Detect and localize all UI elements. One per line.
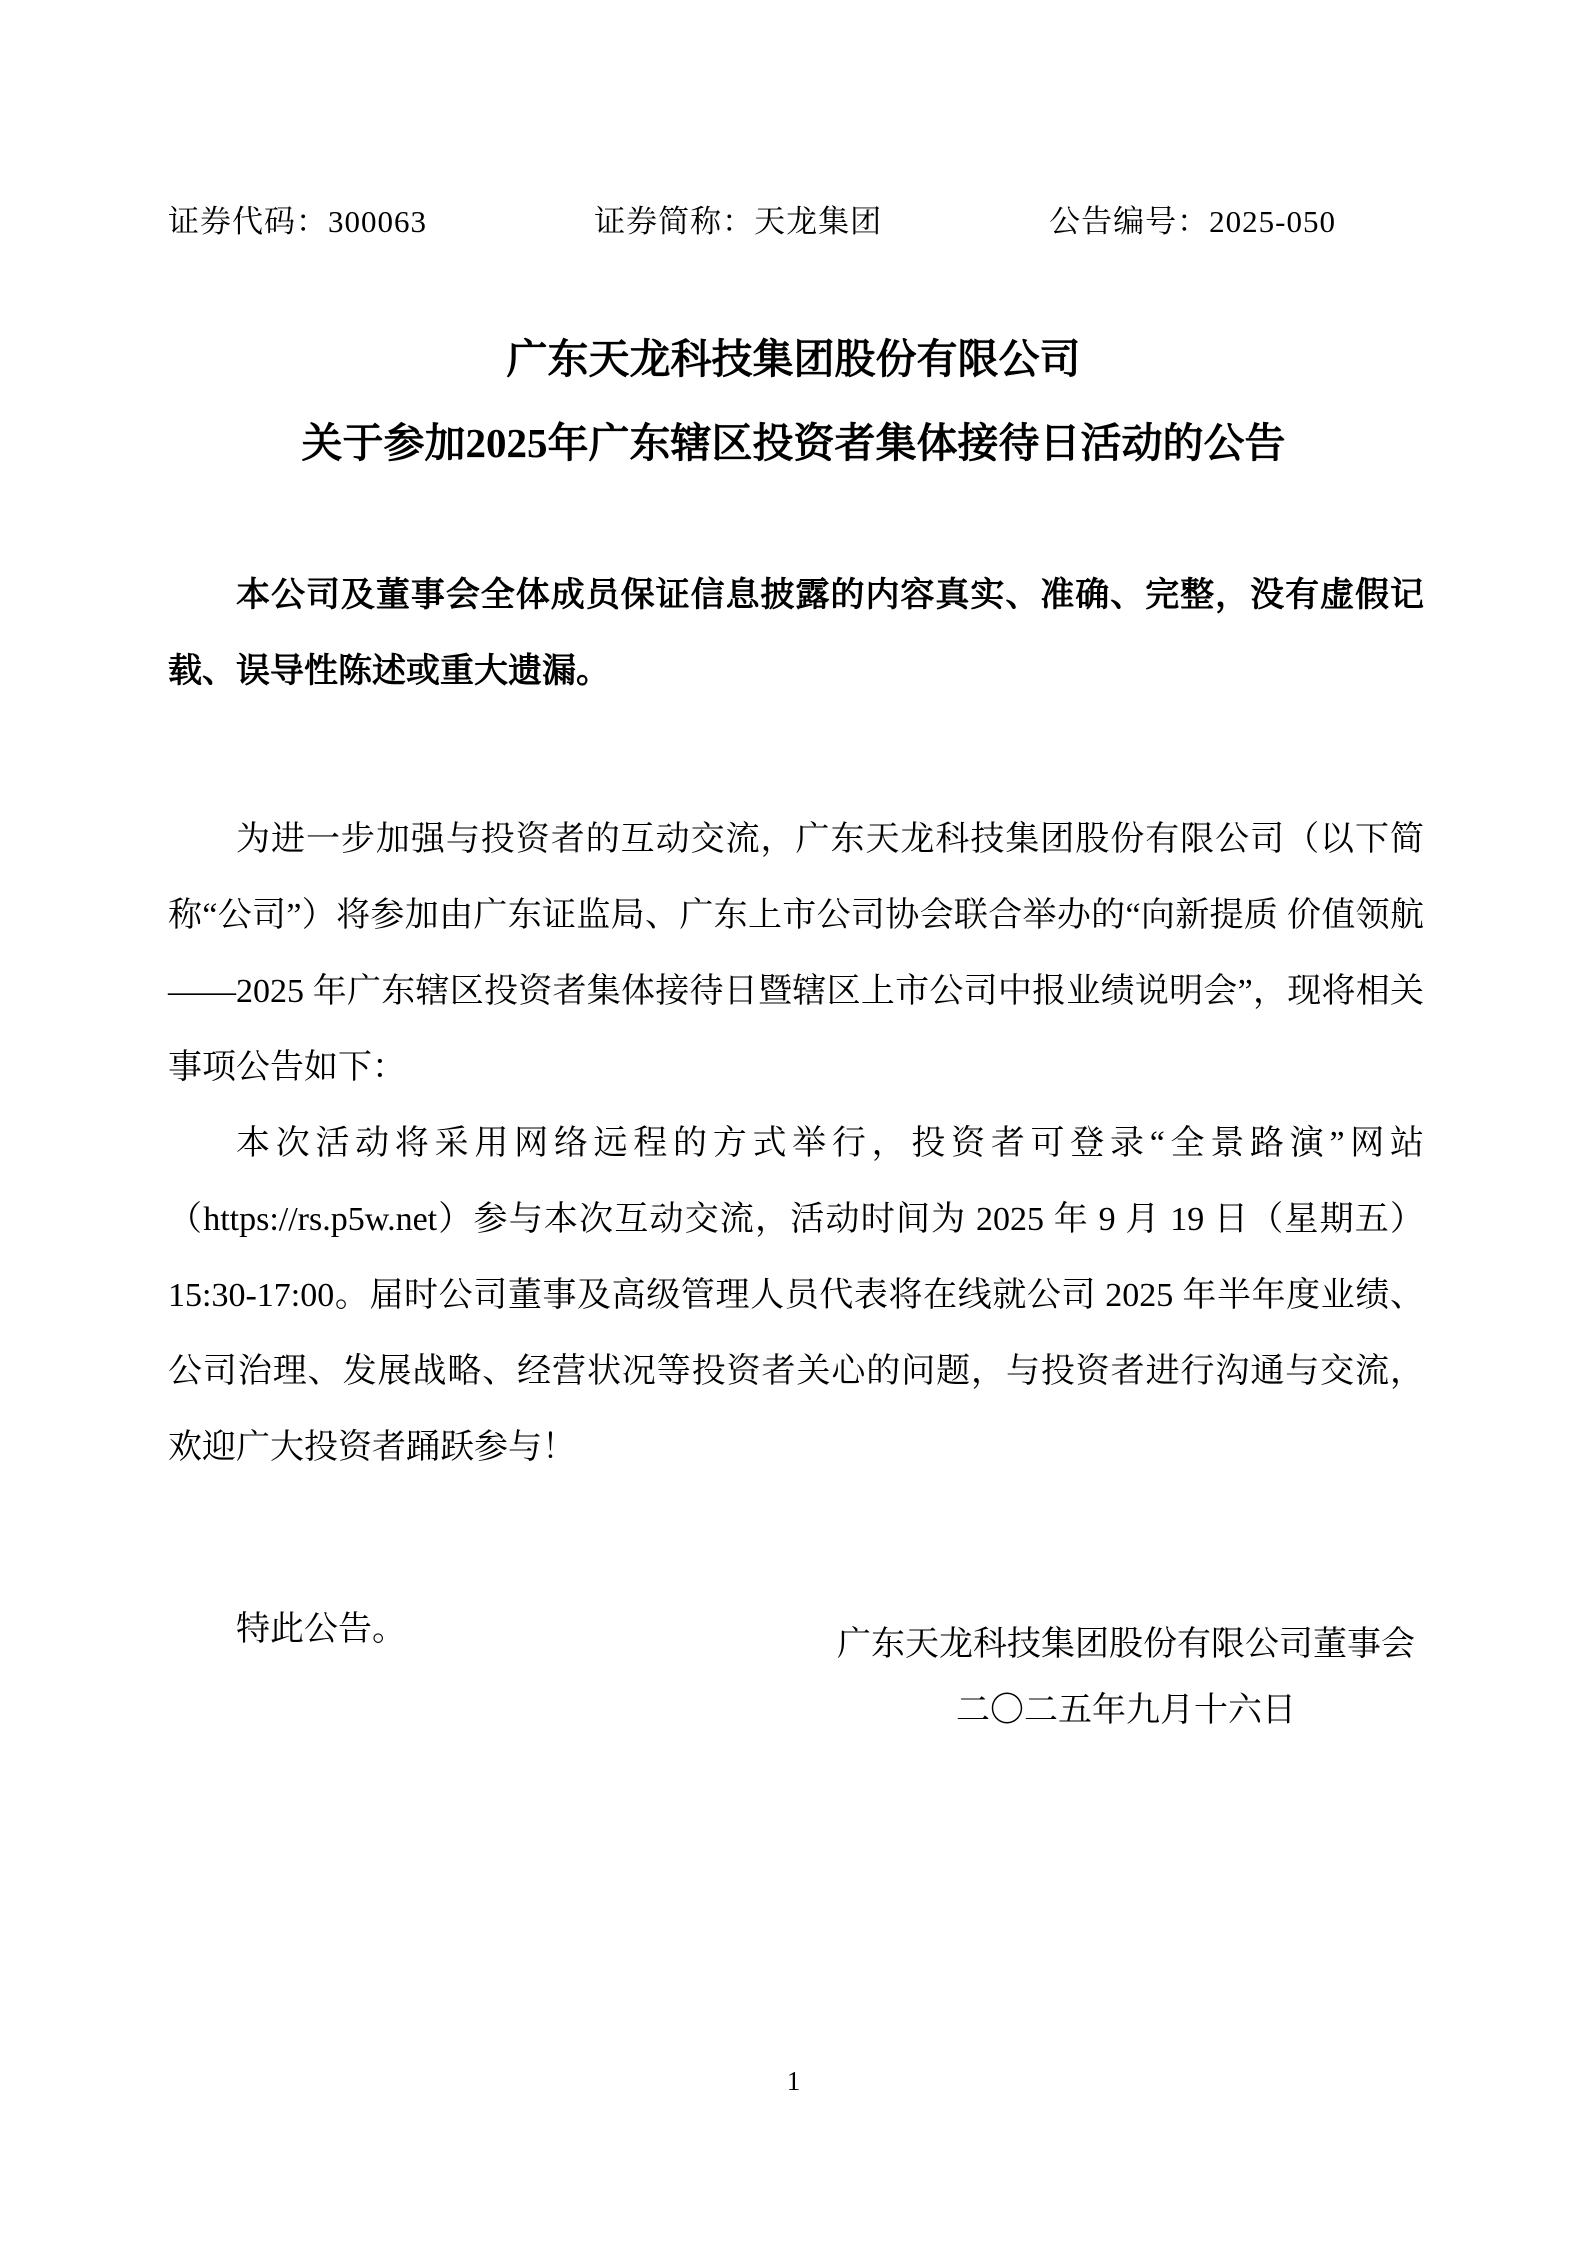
page-number: 1 [0,2066,1587,2097]
board-disclaimer-paragraph: 本公司及董事会全体成员保证信息披露的内容真实、准确、完整，没有虚假记载、误导性陈… [168,558,1424,710]
securities-header-row: 证券代码：300063 证券简称：天龙集团 公告编号：2025-050 [168,196,1336,241]
signature-company-line: 广东天龙科技集团股份有限公司董事会 [837,1612,1415,1678]
announcement-number-label: 公告编号：2025-050 [1049,196,1336,241]
announcement-document-page: 证券代码：300063 证券简称：天龙集团 公告编号：2025-050 广东天龙… [0,0,1587,2245]
stock-code-label: 证券代码：300063 [168,196,427,241]
signature-block: 广东天龙科技集团股份有限公司董事会 二〇二五年九月十六日 [837,1612,1415,1744]
company-name-title: 广东天龙科技集团股份有限公司 [0,330,1587,388]
signature-date-line: 二〇二五年九月十六日 [837,1678,1415,1744]
intro-paragraph: 为进一步加强与投资者的互动交流，广东天龙科技集团股份有限公司（以下简称“公司”）… [168,802,1424,1106]
event-details-paragraph: 本次活动将采用网络远程的方式举行，投资者可登录“全景路演”网站（https://… [168,1106,1424,1486]
announcement-title: 关于参加2025年广东辖区投资者集体接待日活动的公告 [0,414,1587,472]
title-block: 广东天龙科技集团股份有限公司 关于参加2025年广东辖区投资者集体接待日活动的公… [0,330,1587,472]
document-body: 本公司及董事会全体成员保证信息披露的内容真实、准确、完整，没有虚假记载、误导性陈… [168,558,1424,1668]
stock-short-name-label: 证券简称：天龙集团 [594,196,882,241]
